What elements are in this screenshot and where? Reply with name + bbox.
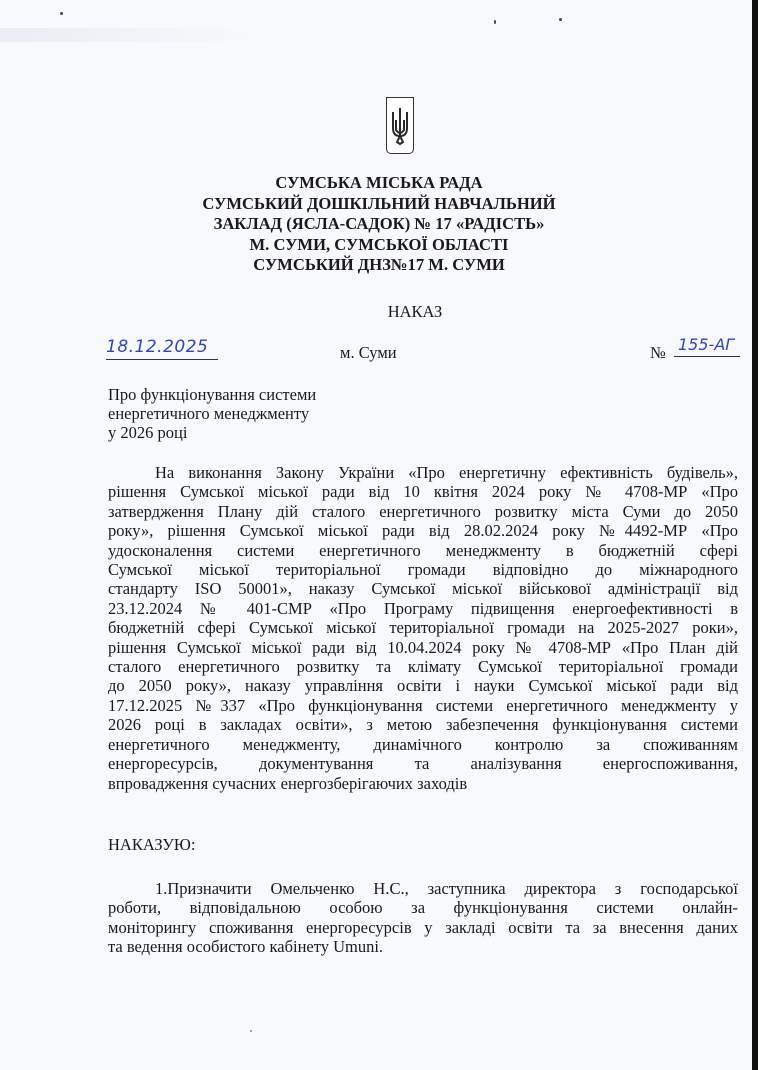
header-line: М. СУМИ, СУМСЬКОЇ ОБЛАСТІ	[0, 235, 758, 256]
paragraph-line: На виконання Закону України «Про енергет…	[108, 463, 738, 482]
handwritten-date: 18.12.2025	[106, 337, 218, 360]
paragraph-line: роботи, відповідальною особою за функціо…	[108, 898, 738, 917]
city-label: м. Суми	[340, 343, 397, 363]
paragraph-line: рішення Сумської міської ради від 10 кві…	[108, 482, 738, 501]
paragraph-line: 1.Призначити Омельченко Н.С., заступника…	[108, 879, 738, 898]
paragraph-line: рішення Сумської міської ради від 10.04.…	[108, 638, 738, 657]
header-line: СУМСЬКИЙ ДНЗ№17 М. СУМИ	[0, 255, 758, 276]
scan-speck	[494, 20, 496, 24]
paragraph-line: удосконалення системи енергетичного мене…	[108, 541, 738, 560]
order-directive-heading: НАКАЗУЮ:	[108, 835, 195, 855]
handwritten-order-number: 155-АГ	[674, 335, 740, 357]
paragraph-line: Сумської міської територіальної громади …	[108, 560, 738, 579]
paragraph-line: 23.12.2024 № 401-СМР «Про Програму підви…	[108, 599, 738, 618]
institution-header: СУМСЬКА МІСЬКА РАДА СУМСЬКИЙ ДОШКІЛЬНИЙ …	[0, 173, 758, 276]
scan-speck	[250, 1030, 252, 1032]
header-line: ЗАКЛАД (ЯСЛА-САДОК) № 17 «РАДІСТЬ»	[0, 214, 758, 235]
order-item-1: 1.Призначити Омельченко Н.С., заступника…	[108, 879, 738, 957]
document-type-title: НАКАЗ	[0, 302, 758, 322]
scan-speck	[559, 18, 562, 21]
paragraph-line: бюджетній сфері Сумської міської територ…	[108, 618, 738, 637]
scanned-page: СУМСЬКА МІСЬКА РАДА СУМСЬКИЙ ДОШКІЛЬНИЙ …	[0, 0, 758, 1070]
paragraph-line: моніторингу споживання енергоресурсів у …	[108, 918, 738, 937]
order-number-label: №	[650, 343, 666, 363]
trident-coat-of-arms-icon	[386, 97, 414, 154]
trident-icon	[390, 106, 410, 146]
preamble-paragraph: На виконання Закону України «Про енергет…	[108, 463, 738, 793]
paragraph-line: сталого енергетичного розвитку та клімат…	[108, 657, 738, 676]
paragraph-line: та ведення особистого кабінету Umuni.	[108, 937, 738, 956]
paragraph-line: 17.12.2025 №337 «Про функціонування сист…	[108, 696, 738, 715]
scan-speck	[60, 12, 63, 15]
paragraph-line: впровадження сучасних енергозберігаючих …	[108, 774, 738, 793]
paragraph-line: енергоресурсів, документування та аналіз…	[108, 754, 738, 773]
paragraph-line: 2026 році в закладах освіти», з метою за…	[108, 715, 738, 734]
subject-line: у 2026 році	[108, 423, 316, 442]
subject-line: енергетичного менеджменту	[108, 404, 316, 423]
subject-line: Про функціонування системи	[108, 385, 316, 404]
order-subject: Про функціонування системи енергетичного…	[108, 385, 316, 443]
scan-edge	[752, 0, 758, 1070]
paragraph-line: затвердження Плану дій сталого енергетич…	[108, 502, 738, 521]
paragraph-line: енергетичного менеджменту, динамічного к…	[108, 735, 738, 754]
paragraph-line: року», рішення Сумської міської ради від…	[108, 521, 738, 540]
paragraph-line: стандарту ISO 50001», наказу Сумської мі…	[108, 579, 738, 598]
header-line: СУМСЬКА МІСЬКА РАДА	[0, 173, 758, 194]
header-line: СУМСЬКИЙ ДОШКІЛЬНИЙ НАВЧАЛЬНИЙ	[0, 194, 758, 215]
paragraph-line: до 2050 року», наказу управління освіти …	[108, 676, 738, 695]
